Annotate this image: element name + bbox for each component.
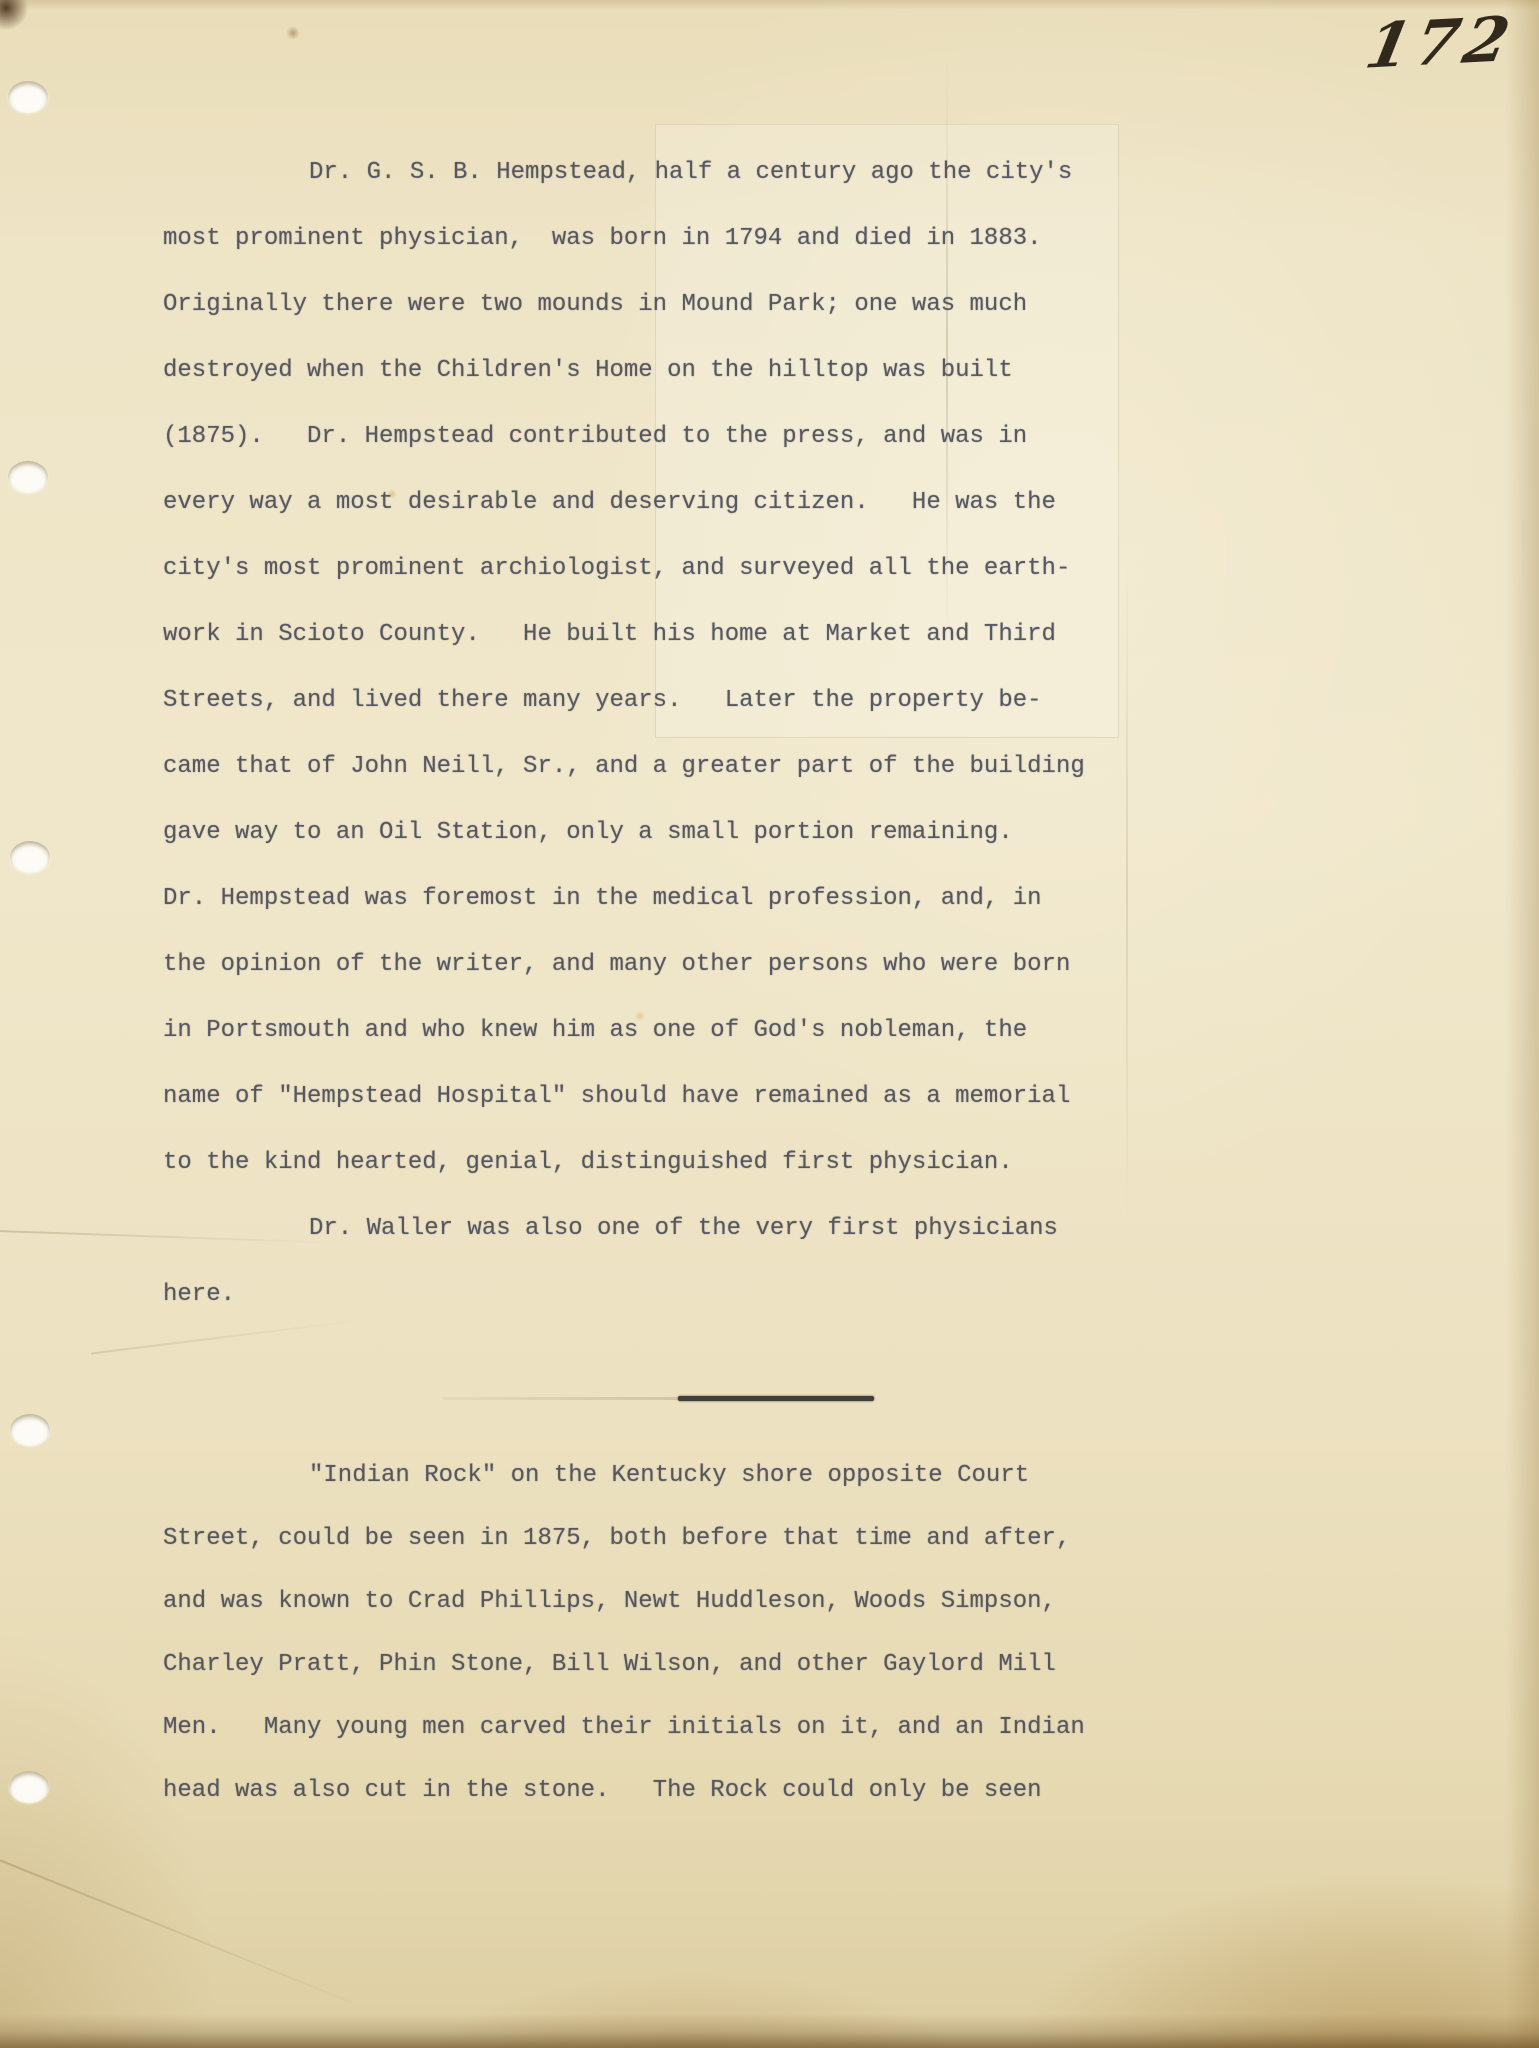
typed-line: Streets, and lived there many years. Lat…	[163, 668, 1085, 734]
typed-line: most prominent physician, was born in 17…	[163, 206, 1085, 272]
typed-line: "Indian Rock" on the Kentucky shore oppo…	[163, 1444, 1085, 1507]
punch-hole	[10, 1414, 50, 1446]
typed-divider-rule	[678, 1396, 874, 1401]
paragraph-indian-rock: "Indian Rock" on the Kentucky shore oppo…	[163, 1444, 1085, 1822]
typed-line: in Portsmouth and who knew him as one of…	[163, 998, 1085, 1064]
punch-hole	[8, 81, 48, 113]
typed-line: city's most prominent archiologist, and …	[163, 536, 1085, 602]
typed-line: and was known to Crad Phillips, Newt Hud…	[163, 1570, 1085, 1633]
typed-line: Originally there were two mounds in Moun…	[163, 272, 1085, 338]
typed-line: head was also cut in the stone. The Rock…	[163, 1759, 1085, 1822]
punch-hole	[10, 841, 50, 873]
typed-line: destroyed when the Children's Home on th…	[163, 338, 1085, 404]
typed-line: gave way to an Oil Station, only a small…	[163, 800, 1085, 866]
paragraph-hempstead: Dr. G. S. B. Hempstead, half a century a…	[163, 140, 1085, 1196]
typed-line: here.	[163, 1262, 1058, 1328]
typed-line: Street, could be seen in 1875, both befo…	[163, 1507, 1085, 1570]
typed-line: Dr. G. S. B. Hempstead, half a century a…	[163, 140, 1085, 206]
typed-line: Charley Pratt, Phin Stone, Bill Wilson, …	[163, 1633, 1085, 1696]
typed-line: came that of John Neill, Sr., and a grea…	[163, 734, 1085, 800]
paper-crease	[0, 1850, 375, 2013]
punch-hole	[8, 461, 48, 493]
typed-line: to the kind hearted, genial, distinguish…	[163, 1130, 1085, 1196]
typed-line: Men. Many young men carved their initial…	[163, 1696, 1085, 1759]
punch-hole	[9, 1771, 49, 1803]
typed-line: the opinion of the writer, and many othe…	[163, 932, 1085, 998]
typed-line: (1875). Dr. Hempstead contributed to the…	[163, 404, 1085, 470]
typed-line: Dr. Hempstead was foremost in the medica…	[163, 866, 1085, 932]
manuscript-page: 172 Dr. G. S. B. Hempstead, half a centu…	[0, 0, 1539, 2048]
paper-crease	[1126, 560, 1128, 1220]
typed-line: name of "Hempstead Hospital" should have…	[163, 1064, 1085, 1130]
typed-line: Dr. Waller was also one of the very firs…	[163, 1196, 1058, 1262]
typed-line: every way a most desirable and deserving…	[163, 470, 1085, 536]
handwritten-page-number: 172	[1360, 2, 1520, 82]
typed-line: work in Scioto County. He built his home…	[163, 602, 1085, 668]
paragraph-waller: Dr. Waller was also one of the very firs…	[163, 1196, 1058, 1328]
